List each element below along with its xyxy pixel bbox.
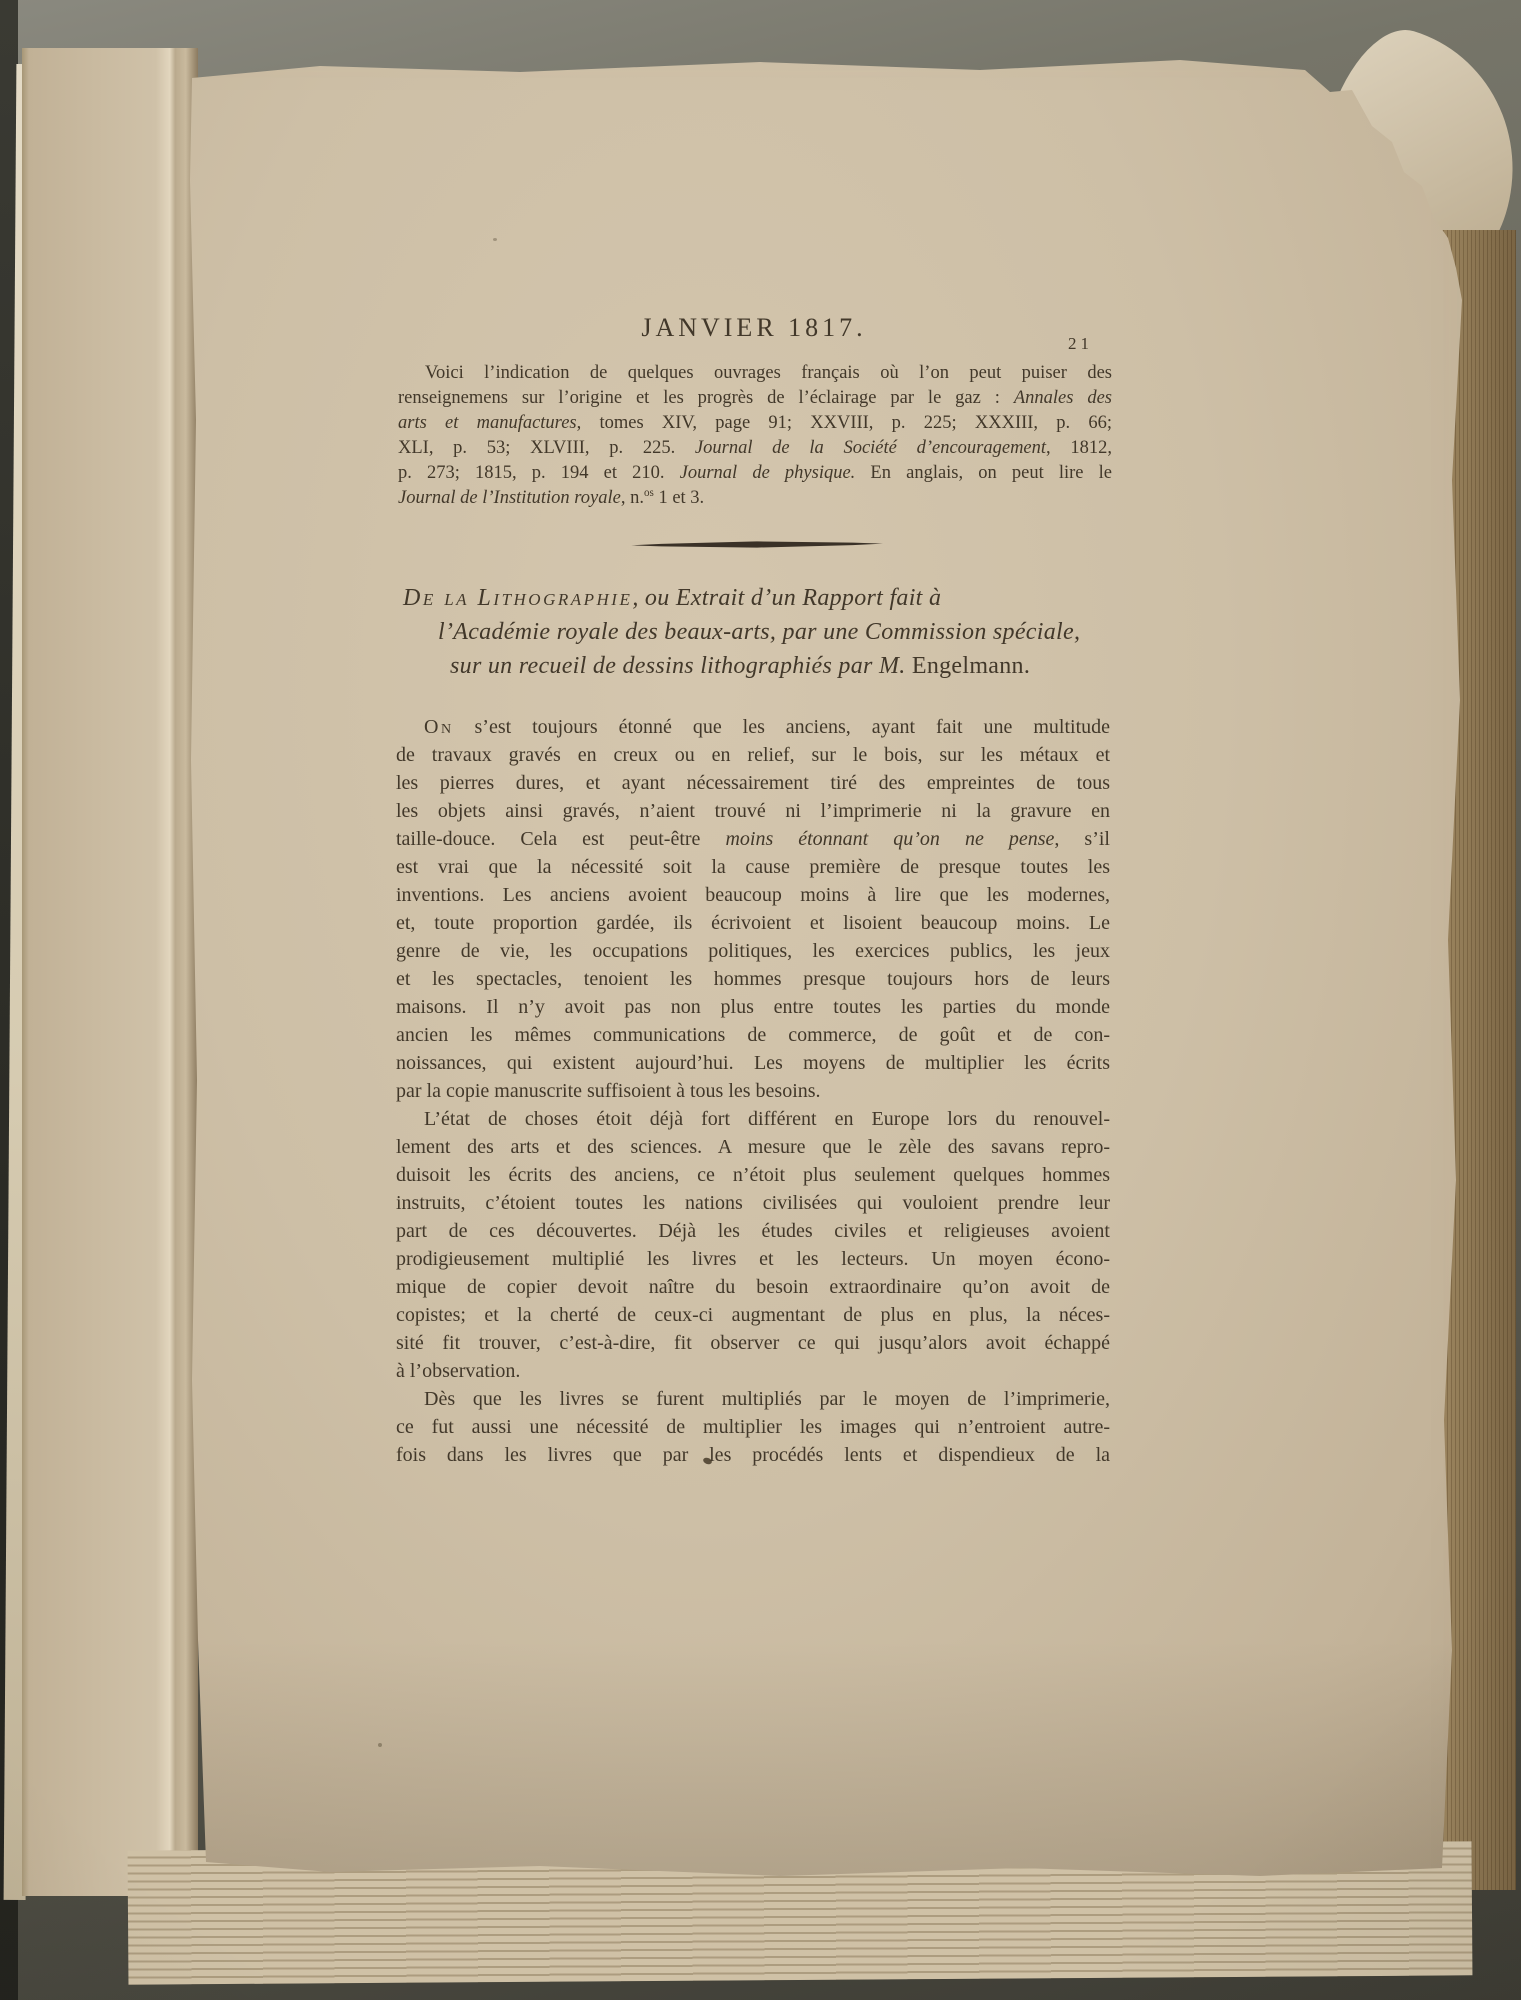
body-line: prodigieusement multiplié les livres et … — [396, 1245, 1110, 1273]
intro-line: arts et manufactures, tomes XIV, page 91… — [398, 411, 1112, 436]
paper-speck — [493, 238, 497, 241]
body-line: instruits, c’étoient toutes les nations … — [396, 1189, 1110, 1217]
body-line: et les spectacles, tenoient les hommes p… — [396, 965, 1110, 993]
body-paragraph: On s’est toujours étonné que les anciens… — [396, 713, 1110, 1105]
body-line: L’état de choses étoit déjà fort différe… — [396, 1105, 1110, 1133]
body-line: les pierres dures, et ayant nécessaireme… — [396, 769, 1110, 797]
photo-background: JANVIER 1817. 21 Voici l’indication de q… — [0, 0, 1521, 2000]
section-divider-rule — [631, 540, 883, 549]
body-line: et, toute proportion gardée, ils écrivoi… — [396, 909, 1110, 937]
body-line: mique de copier devoit naître du besoin … — [396, 1273, 1110, 1301]
body-line: sité fit trouver, c’est-à-dire, fit obse… — [396, 1329, 1110, 1357]
body-line: inventions. Les anciens avoient beaucoup… — [396, 881, 1110, 909]
body-line: On s’est toujours étonné que les anciens… — [396, 713, 1110, 741]
intro-line: p. 273; 1815, p. 194 et 210. Journal de … — [398, 461, 1112, 486]
intro-paragraph: Voici l’indication de quelques ouvrages … — [398, 361, 1112, 511]
body-line: noissances, qui existent aujourd’hui. Le… — [396, 1049, 1110, 1077]
intro-line: XLI, p. 53; XLVIII, p. 225. Journal de l… — [398, 436, 1112, 461]
body-line: à l’observation. — [396, 1357, 1110, 1385]
heading-line: sur un recueil de dessins lithographiés … — [398, 649, 1112, 683]
intro-line: renseignemens sur l’origine et les progr… — [398, 386, 1112, 411]
body-line: ancien les mêmes communications de comme… — [396, 1021, 1110, 1049]
body-line: les objets ainsi gravés, n’aient trouvé … — [396, 797, 1110, 825]
heading-line: De la Lithographie, ou Extrait d’un Rapp… — [398, 581, 1112, 615]
page-content: JANVIER 1817. 21 Voici l’indication de q… — [0, 0, 1521, 2000]
body-line: est vrai que la nécessité soit la cause … — [396, 853, 1110, 881]
body-line: Dès que les livres se furent multipliés … — [396, 1385, 1110, 1413]
running-head-date: JANVIER 1817. — [398, 313, 1110, 343]
body-line: taille-douce. Cela est peut-être moins é… — [396, 825, 1110, 853]
body-line: ce fut aussi une nécessité de multiplier… — [396, 1413, 1110, 1441]
body-line: duisoit les écrits des anciens, ce n’éto… — [396, 1161, 1110, 1189]
body-line: part de ces découvertes. Déjà les études… — [396, 1217, 1110, 1245]
body-line: lement des arts et des sciences. A mesur… — [396, 1133, 1110, 1161]
section-heading: De la Lithographie, ou Extrait d’un Rapp… — [398, 581, 1112, 683]
body-line: de travaux gravés en creux ou en relief,… — [396, 741, 1110, 769]
intro-line: Journal de l’Institution royale, n.os 1 … — [398, 486, 1112, 511]
body-line: genre de vie, les occupations politiques… — [396, 937, 1110, 965]
body-paragraph: L’état de choses étoit déjà fort différe… — [396, 1105, 1110, 1385]
body-paragraph: Dès que les livres se furent multipliés … — [396, 1385, 1110, 1469]
body-text: On s’est toujours étonné que les anciens… — [396, 713, 1110, 1469]
intro-line: Voici l’indication de quelques ouvrages … — [398, 361, 1112, 386]
body-line: copistes; et la cherté de ceux-ci augmen… — [396, 1301, 1110, 1329]
page-number: 21 — [1068, 334, 1093, 354]
heading-line: l’Académie royale des beaux-arts, par un… — [398, 615, 1112, 649]
paper-speck — [378, 1743, 382, 1747]
body-line: maisons. Il n’y avoit pas non plus entre… — [396, 993, 1110, 1021]
body-line: fois dans les livres que par les procédé… — [396, 1441, 1110, 1469]
body-line: par la copie manuscrite suffisoient à to… — [396, 1077, 1110, 1105]
